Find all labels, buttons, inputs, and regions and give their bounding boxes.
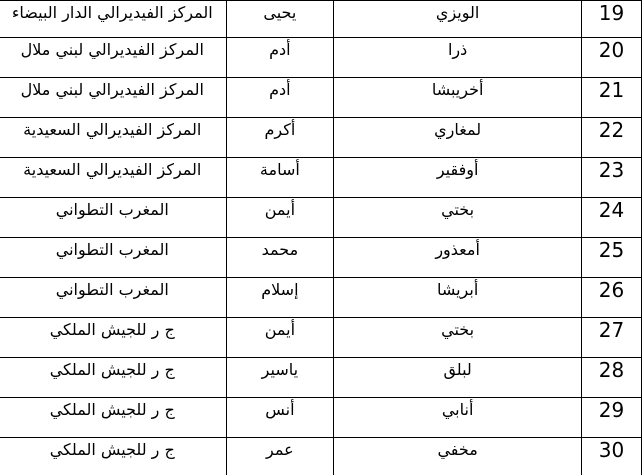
table-row: 30 مخفي عمر ج ر للجيش الملكي: [0, 438, 642, 475]
results-table-body: 19 الويزي يحيى المركز الفيديرالي الدار ا…: [0, 1, 642, 475]
first-name-cell[interactable]: أيمن: [226, 318, 334, 358]
rank-cell[interactable]: 29: [582, 398, 642, 438]
first-name-cell[interactable]: عمر: [226, 438, 334, 475]
last-name-cell[interactable]: ذرا: [334, 38, 582, 78]
club-name-cell[interactable]: المركز الفيديرالي السعيدية: [0, 158, 226, 198]
table-row: 29 أنابي أنس ج ر للجيش الملكي: [0, 398, 642, 438]
first-name-cell[interactable]: أسامة: [226, 158, 334, 198]
table-row: 23 أوفقير أسامة المركز الفيديرالي السعيد…: [0, 158, 642, 198]
rank-cell[interactable]: 30: [582, 438, 642, 475]
club-name-cell[interactable]: المركز الفيديرالي لبني ملال: [0, 38, 226, 78]
club-name-cell[interactable]: ج ر للجيش الملكي: [0, 318, 226, 358]
club-name-cell[interactable]: ج ر للجيش الملكي: [0, 438, 226, 475]
rank-cell[interactable]: 21: [582, 78, 642, 118]
first-name-cell[interactable]: أنس: [226, 398, 334, 438]
rank-cell[interactable]: 27: [582, 318, 642, 358]
first-name-cell[interactable]: إسلام: [226, 278, 334, 318]
club-name-cell[interactable]: ج ر للجيش الملكي: [0, 358, 226, 398]
last-name-cell[interactable]: أخريبشا: [334, 78, 582, 118]
first-name-cell[interactable]: أكرم: [226, 118, 334, 158]
last-name-cell[interactable]: لبلق: [334, 358, 582, 398]
club-name-cell[interactable]: المغرب التطواني: [0, 238, 226, 278]
first-name-cell[interactable]: يحيى: [226, 1, 334, 38]
club-name-cell[interactable]: ج ر للجيش الملكي: [0, 398, 226, 438]
table-row: 20 ذرا أدم المركز الفيديرالي لبني ملال: [0, 38, 642, 78]
table-row: 27 بختي أيمن ج ر للجيش الملكي: [0, 318, 642, 358]
rank-cell[interactable]: 23: [582, 158, 642, 198]
first-name-cell[interactable]: أيمن: [226, 198, 334, 238]
rank-cell[interactable]: 26: [582, 278, 642, 318]
first-name-cell[interactable]: أدم: [226, 78, 334, 118]
rank-cell[interactable]: 22: [582, 118, 642, 158]
table-row: 26 أبريشا إسلام المغرب التطواني: [0, 278, 642, 318]
last-name-cell[interactable]: أنابي: [334, 398, 582, 438]
rank-cell[interactable]: 24: [582, 198, 642, 238]
last-name-cell[interactable]: بختي: [334, 198, 582, 238]
club-name-cell[interactable]: المركز الفيديرالي الدار البيضاء: [0, 1, 226, 38]
last-name-cell[interactable]: الويزي: [334, 1, 582, 38]
table-row: 28 لبلق ياسير ج ر للجيش الملكي: [0, 358, 642, 398]
last-name-cell[interactable]: أوفقير: [334, 158, 582, 198]
results-table: 19 الويزي يحيى المركز الفيديرالي الدار ا…: [0, 0, 642, 475]
table-row: 24 بختي أيمن المغرب التطواني: [0, 198, 642, 238]
rank-cell[interactable]: 20: [582, 38, 642, 78]
rank-cell[interactable]: 25: [582, 238, 642, 278]
last-name-cell[interactable]: بختي: [334, 318, 582, 358]
club-name-cell[interactable]: المغرب التطواني: [0, 278, 226, 318]
last-name-cell[interactable]: أمعذور: [334, 238, 582, 278]
club-name-cell[interactable]: المركز الفيديرالي لبني ملال: [0, 78, 226, 118]
table-row: 19 الويزي يحيى المركز الفيديرالي الدار ا…: [0, 1, 642, 38]
table-row: 21 أخريبشا أدم المركز الفيديرالي لبني مل…: [0, 78, 642, 118]
club-name-cell[interactable]: المغرب التطواني: [0, 198, 226, 238]
last-name-cell[interactable]: مخفي: [334, 438, 582, 475]
club-name-cell[interactable]: المركز الفيديرالي السعيدية: [0, 118, 226, 158]
first-name-cell[interactable]: ياسير: [226, 358, 334, 398]
document-page: 19 الويزي يحيى المركز الفيديرالي الدار ا…: [0, 0, 644, 475]
table-row: 22 لمغاري أكرم المركز الفيديرالي السعيدي…: [0, 118, 642, 158]
table-row: 25 أمعذور محمد المغرب التطواني: [0, 238, 642, 278]
last-name-cell[interactable]: أبريشا: [334, 278, 582, 318]
last-name-cell[interactable]: لمغاري: [334, 118, 582, 158]
rank-cell[interactable]: 28: [582, 358, 642, 398]
rank-cell[interactable]: 19: [582, 1, 642, 38]
first-name-cell[interactable]: أدم: [226, 38, 334, 78]
first-name-cell[interactable]: محمد: [226, 238, 334, 278]
